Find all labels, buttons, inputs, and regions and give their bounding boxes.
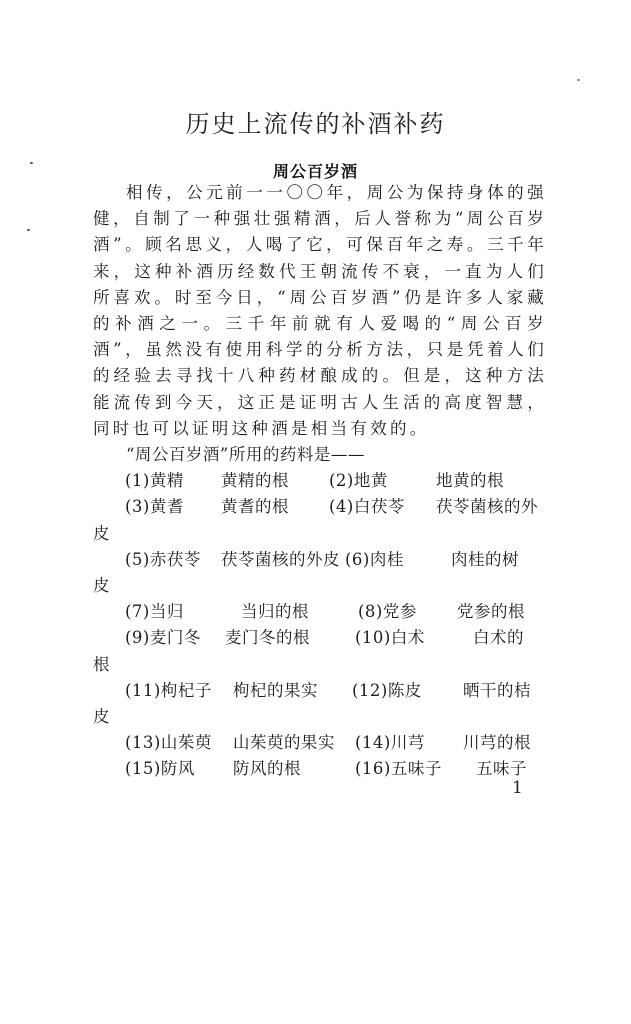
ingredient-name: (14)川芎 [355,730,425,756]
scan-speck [27,229,30,231]
ingredient-name: (8)党参 [358,599,417,625]
ingredient-name: (2)地黄 [329,468,388,494]
ingredient-wrap: 皮 [93,704,547,730]
ingredient-part: 川芎的根 [463,730,531,756]
ingredient-wrap: 皮 [93,521,547,547]
page-number: 1 [512,778,523,798]
ingredient-name: (9)麦门冬 [125,625,201,651]
ingredient-name: (3)黄耆 [125,494,184,520]
ingredient-part: 麦门冬的根 [225,625,310,651]
ingredient-row: (15)防风 防风的根 (16)五味子 五味子 [93,756,547,782]
ingredient-part: 晒干的桔 [463,678,531,704]
ingredients-intro: “周公百岁酒”所用的药料是—— [93,442,547,468]
ingredient-part: 党参的根 [457,599,525,625]
ingredient-row: (13)山茱萸 山茱萸的果实 (14)川芎 川芎的根 [93,730,547,756]
ingredient-name: (10)白术 [355,625,425,651]
ingredient-part: 枸杞的果实 [233,678,318,704]
ingredient-name: (5)赤茯苓 [125,547,201,573]
ingredient-part: 黄精的根 [221,468,289,494]
intro-paragraph: 相传，公元前一一〇〇年，周公为保持身体的强健，自制了一种强壮强精酒，后人誉称为“… [93,180,547,442]
ingredient-row: (3)黄耆 黄耆的根 (4)白茯苓 茯苓菌核的外 [93,494,547,520]
ingredient-part: 肉桂的树 [451,547,519,573]
ingredient-name: (6)肉桂 [345,547,404,573]
ingredient-part: 茯苓菌核的外 [436,494,538,520]
ingredient-row: (5)赤茯苓 茯苓菌核的外皮 (6)肉桂 肉桂的树 [93,547,547,573]
ingredient-name: (12)陈皮 [352,678,422,704]
ingredient-name: (15)防风 [125,756,195,782]
ingredient-name: (16)五味子 [355,756,442,782]
ingredient-part: 山茱萸的果实 [233,730,335,756]
document-page: 历史上流传的补酒补药 周公百岁酒 相传，公元前一一〇〇年，周公为保持身体的强健，… [0,0,631,1024]
ingredient-row: (1)黄精 黄精的根 (2)地黄 地黄的根 [93,468,547,494]
ingredient-row: (9)麦门冬 麦门冬的根 (10)白术 白术的 [93,625,547,651]
scan-speck [577,79,580,81]
ingredient-row: (11)枸杞子 枸杞的果实 (12)陈皮 晒干的桔 [93,678,547,704]
ingredient-part: 白术的 [473,625,524,651]
ingredient-name: (7)当归 [125,599,184,625]
ingredient-part: 防风的根 [233,756,301,782]
ingredient-row: (7)当归 当归的根 (8)党参 党参的根 [93,599,547,625]
section-heading: 周公百岁酒 [0,159,631,182]
ingredient-name: (4)白茯苓 [329,494,405,520]
ingredient-name: (1)黄精 [125,468,184,494]
ingredient-part: 茯苓菌核的外皮 [221,547,340,573]
page-title: 历史上流传的补酒补药 [0,104,631,139]
ingredient-wrap: 皮 [93,573,547,599]
ingredients-list: (1)黄精 黄精的根 (2)地黄 地黄的根 (3)黄耆 黄耆的根 (4)白茯苓 … [93,468,547,782]
body-text: 相传，公元前一一〇〇年，周公为保持身体的强健，自制了一种强壮强精酒，后人誉称为“… [93,180,547,782]
ingredient-part: 地黄的根 [436,468,504,494]
ingredient-name: (13)山茱萸 [125,730,212,756]
ingredient-name: (11)枸杞子 [125,678,212,704]
ingredient-part: 黄耆的根 [221,494,289,520]
ingredient-wrap: 根 [93,652,547,678]
ingredient-part: 当归的根 [241,599,309,625]
